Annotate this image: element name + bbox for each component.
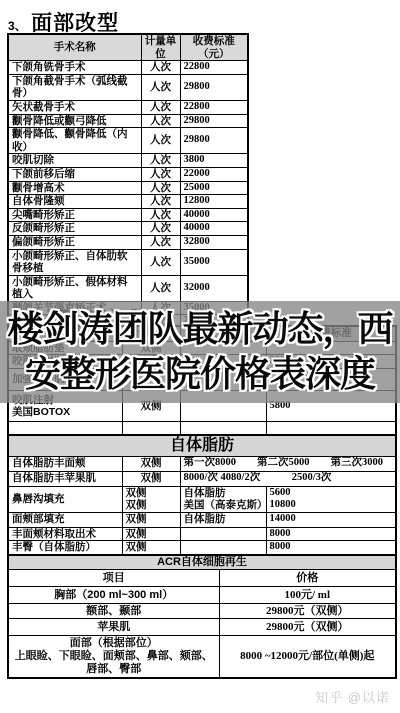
- cell-price: 22800: [180, 61, 248, 75]
- cell-unit: 人次: [141, 114, 180, 128]
- face-reshape-price-table: 手术名称 计量单位 收费标准（元） 下颌角铣骨手术人次22800 下颌角截骨手术…: [7, 33, 247, 330]
- cell-procedure: 自体脂肪丰苹果肌: [8, 471, 122, 486]
- cell-price: 8000: [266, 541, 396, 555]
- cell-procedure: 鼻唇沟填充: [8, 486, 122, 512]
- cell-price: 25000: [180, 181, 248, 195]
- col-header-item: 项目: [8, 570, 219, 587]
- cell-procedure: 矢状截骨手术: [8, 100, 141, 114]
- autologous-fat-table: 自体脂肪 自体脂肪丰面颊双侧第一次8000 第二次5000 第三次3000 自体…: [7, 434, 397, 556]
- cell-price: 29800: [180, 74, 248, 100]
- section3-title-text: 面部改型: [31, 12, 119, 35]
- cell-procedure: 偏颌畸形矫正: [8, 235, 141, 249]
- cell-price: 22800: [180, 100, 248, 114]
- cell-item: 面部（根据部位） 上眼睑、下眼睑、面颊部、鼻部、颏部、 唇部、臀部: [8, 636, 219, 678]
- table-row: 丰臀（自体脂肪）双侧8000: [8, 541, 396, 555]
- cell-procedure: 自体脂肪丰面颊: [8, 456, 122, 471]
- cell-price: 29800元（双侧）: [219, 619, 396, 636]
- cell-procedure: 下颌前移后缩: [8, 167, 141, 181]
- cell-detail: [180, 541, 266, 555]
- cell-item: 苹果肌: [8, 619, 219, 636]
- cell-unit: 双侧: [122, 456, 180, 471]
- cell-unit: 双侧: [122, 512, 180, 527]
- cell-price: 40000: [180, 208, 248, 222]
- cell-procedure: 小颌畸形矫正、假体材料植入: [8, 275, 141, 301]
- cell-unit: 人次: [141, 100, 180, 114]
- cell-procedure: 颧骨降低、颧骨降低（内收）: [8, 128, 141, 154]
- cell-unit: 人次: [141, 181, 180, 195]
- face-reshape-table: 手术名称 计量单位 收费标准（元） 下颌角铣骨手术人次22800 下颌角截骨手术…: [7, 33, 249, 330]
- cell-price: 29800元（双侧）: [219, 604, 396, 619]
- table-row: 苹果肌29800元（双侧）: [8, 619, 396, 636]
- table-row: 小颌畸形矫正、自体肋软骨移植人次35000: [8, 249, 248, 275]
- cell-procedure: 下颌角铣骨手术: [8, 61, 141, 75]
- cell-unit: 人次: [141, 154, 180, 168]
- section3-number: 3、: [8, 19, 27, 33]
- cell-unit: 人次: [141, 167, 180, 181]
- cell-price: 12800: [180, 195, 248, 209]
- cell-unit: 人次: [141, 235, 180, 249]
- fat-section-title: 自体脂肪: [8, 435, 396, 457]
- cell-price: 8000/次 4080/2次 2500/3次: [180, 471, 396, 486]
- table-row: 咬肌切除人次3800: [8, 154, 248, 168]
- cell-price: 22000: [180, 167, 248, 181]
- col-header-procedure: 手术名称: [8, 34, 141, 61]
- table-row: 自体骨隆颏人次12800: [8, 195, 248, 209]
- cell-unit: 人次: [141, 128, 180, 154]
- table-row: 丰面颊材料取出术双侧8000: [8, 527, 396, 541]
- cell-price: 8000: [266, 527, 396, 541]
- headline-line1: 楼剑涛团队最新动态，西: [0, 306, 400, 351]
- cell-procedure: 颧骨增高术: [8, 181, 141, 195]
- headline-overlay: 楼剑涛团队最新动态，西 安整形医院价格表深度: [0, 306, 400, 396]
- acr-table: ACR自体细胞再生 项目 价格 胸部（200 ml~300 ml）100元/ m…: [7, 554, 397, 679]
- table-row: 颧骨降低、颧骨降低（内收）人次29800: [8, 128, 248, 154]
- cell-price: 14000: [266, 512, 396, 527]
- table-row: 自体脂肪丰面颊双侧第一次8000 第二次5000 第三次3000: [8, 456, 396, 471]
- table-header-row: 手术名称 计量单位 收费标准（元）: [8, 34, 248, 61]
- table-row: 下颌角截骨手术（弧线截骨）人次29800: [8, 74, 248, 100]
- table-row: 矢状截骨手术人次22800: [8, 100, 248, 114]
- table-row: 面部（根据部位） 上眼睑、下眼睑、面颊部、鼻部、颏部、 唇部、臀部8000 ~1…: [8, 636, 396, 678]
- cell-price: 35000: [180, 249, 248, 275]
- table-row: 自体脂肪丰苹果肌双侧8000/次 4080/2次 2500/3次: [8, 471, 396, 486]
- table-row: 胸部（200 ml~300 ml）100元/ ml: [8, 587, 396, 604]
- cell-procedure: 咬肌切除: [8, 154, 141, 168]
- cell-procedure: 尖嘴畸形矫正: [8, 208, 141, 222]
- cell-unit: 人次: [141, 249, 180, 275]
- zhihu-watermark: 知乎 @以诺: [315, 687, 390, 706]
- col-header-price: 收费标准（元）: [180, 34, 248, 61]
- cell-procedure: 颧骨降低或颧弓降低: [8, 114, 141, 128]
- cell-unit: 人次: [141, 275, 180, 301]
- section-header-row: 自体脂肪: [8, 435, 396, 457]
- table-row: 偏颌畸形矫正人次32800: [8, 235, 248, 249]
- cell-detail: 自体脂肪: [180, 512, 266, 527]
- cell-price: 29800: [180, 128, 248, 154]
- cell-procedure: 丰臀（自体脂肪）: [8, 541, 122, 555]
- cell-item: 胸部（200 ml~300 ml）: [8, 587, 219, 604]
- cell-price: 3800: [180, 154, 248, 168]
- cell-unit: 双侧: [122, 527, 180, 541]
- table-row: 下颌角铣骨手术人次22800: [8, 61, 248, 75]
- cell-unit: 人次: [141, 61, 180, 75]
- table-row: 鼻唇沟填充双侧 双侧自体脂肪 美国（高泰克斯）5600 10800: [8, 486, 396, 512]
- cell-unit: 双侧 双侧: [122, 486, 180, 512]
- section-header-row: ACR自体细胞再生: [8, 555, 396, 570]
- table-row: 下颌前移后缩人次22000: [8, 167, 248, 181]
- cell-procedure: 面颊部填充: [8, 512, 122, 527]
- cell-procedure: 丰面颊材料取出术: [8, 527, 122, 541]
- cell-price: 32000: [180, 275, 248, 301]
- col-header-price: 价格: [219, 570, 396, 587]
- acr-section-title: ACR自体细胞再生: [8, 555, 396, 570]
- table-row: 颧骨增高术人次25000: [8, 181, 248, 195]
- cell-unit: 人次: [141, 74, 180, 100]
- col-header-unit: 计量单位: [141, 34, 180, 61]
- table-row: 额部、颞部29800元（双侧）: [8, 604, 396, 619]
- cell-detail: [180, 527, 266, 541]
- cell-detail: 自体脂肪 美国（高泰克斯）: [180, 486, 266, 512]
- cell-price: 32800: [180, 235, 248, 249]
- cell-price: 第一次8000 第二次5000 第三次3000: [180, 456, 396, 471]
- table-row: 颧骨降低或颧弓降低人次29800: [8, 114, 248, 128]
- cell-price: 8000 ~12000元/部位(单侧)起: [219, 636, 396, 678]
- scanned-price-list-page: 3、 面部改型 手术名称 计量单位 收费标准（元） 下颌角铣骨手术人次22800…: [0, 0, 400, 713]
- cell-unit: 双侧: [122, 541, 180, 555]
- cell-price: 5600 10800: [266, 486, 396, 512]
- cell-procedure: 自体骨隆颏: [8, 195, 141, 209]
- cell-price: 29800: [180, 114, 248, 128]
- cell-procedure: 反颌畸形矫正: [8, 222, 141, 236]
- table-header-row: 项目 价格: [8, 570, 396, 587]
- cell-procedure: 下颌角截骨手术（弧线截骨）: [8, 74, 141, 100]
- table-row: 面颊部填充双侧自体脂肪14000: [8, 512, 396, 527]
- cell-procedure: 小颌畸形矫正、自体肋软骨移植: [8, 249, 141, 275]
- table-row: 尖嘴畸形矫正人次40000: [8, 208, 248, 222]
- cell-price: 100元/ ml: [219, 587, 396, 604]
- cell-unit: 双侧: [122, 471, 180, 486]
- table-row: 反颌畸形矫正人次40000: [8, 222, 248, 236]
- cell-price: 40000: [180, 222, 248, 236]
- cell-unit: 人次: [141, 208, 180, 222]
- cell-item: 额部、颞部: [8, 604, 219, 619]
- cell-unit: 人次: [141, 222, 180, 236]
- table-row: 小颌畸形矫正、假体材料植入人次32000: [8, 275, 248, 301]
- cell-unit: 人次: [141, 195, 180, 209]
- headline-line2: 安整形医院价格表深度: [0, 351, 400, 396]
